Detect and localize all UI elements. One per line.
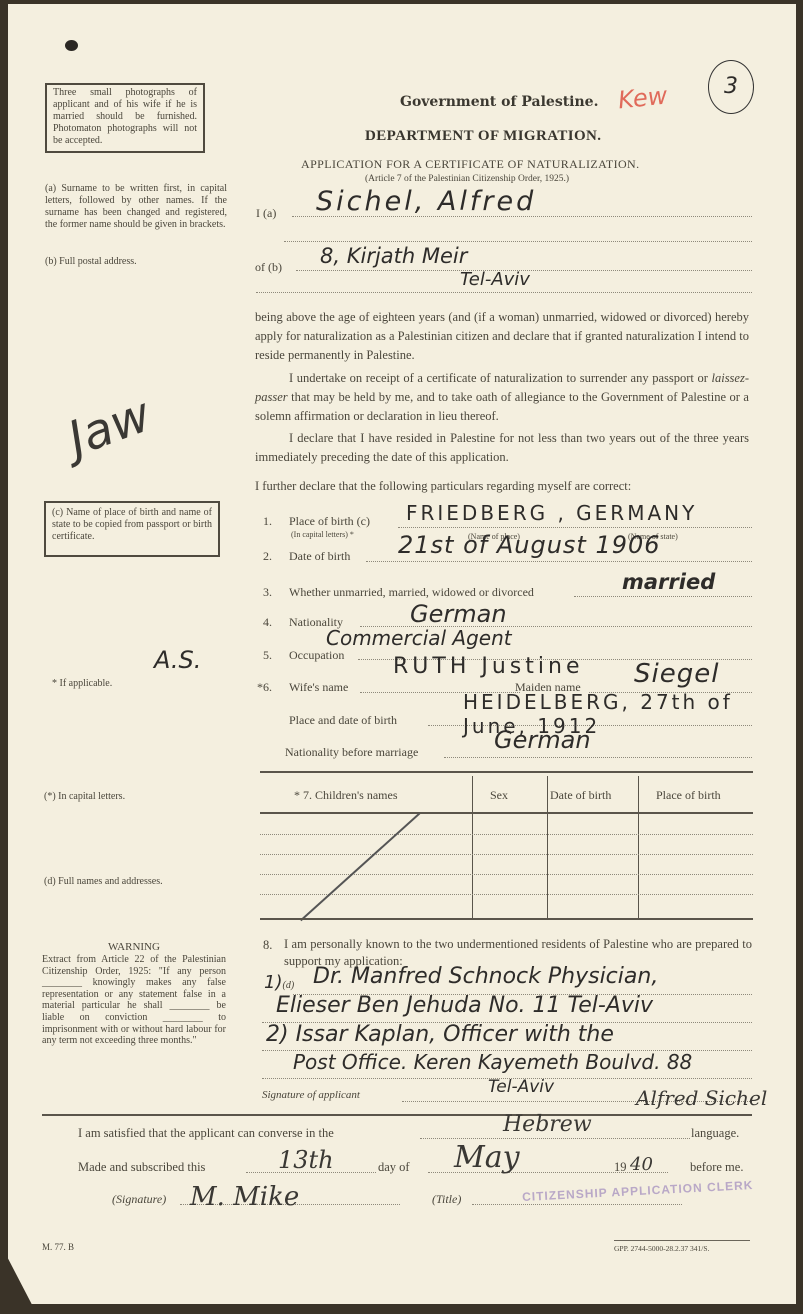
circled-number: 3: [708, 60, 754, 114]
strike-through-line: [300, 813, 420, 921]
declaration-age: being above the age of eighteen years (a…: [255, 308, 749, 365]
nationality-value: German: [410, 600, 507, 628]
birthdate-label: Date of birth: [289, 549, 350, 564]
referee-1-line-1: Dr. Manfred Schnock Physician,: [313, 964, 658, 989]
note-capital-letters: (*) In capital letters.: [44, 791, 125, 803]
children-row: [260, 894, 753, 895]
before-me-label: before me.: [690, 1158, 743, 1177]
maiden-name-value: Siegel: [634, 659, 719, 689]
wife-name-value: RUTH Justine: [393, 654, 583, 679]
title-stamp: CITIZENSHIP APPLICATION CLERK: [522, 1178, 754, 1204]
occupation-label: Occupation: [289, 648, 344, 663]
item-5-number: 5.: [263, 648, 272, 663]
wife-birth-label: Place and date of birth: [289, 713, 397, 728]
month-value: May: [454, 1140, 520, 1175]
birthplace-label: Place of birth (c): [289, 514, 370, 529]
form-number: M. 77. B: [42, 1242, 74, 1252]
birthplace-instruction-box: (c) Name of place of birth and name of s…: [44, 501, 220, 557]
margin-initials: A.S.: [154, 646, 201, 674]
department-title: DEPARTMENT OF MIGRATION.: [365, 128, 601, 145]
declaration-residence: I declare that I have resided in Palesti…: [255, 429, 749, 467]
made-subscribed-label: Made and subscribed this: [78, 1158, 205, 1177]
item-4-number: 4.: [263, 615, 272, 630]
address-label: of (b): [255, 260, 282, 275]
wife-nationality-value: German: [494, 726, 591, 754]
year-prefix: 19: [614, 1158, 627, 1177]
item-1-number: 1.: [263, 514, 272, 529]
children-header-sex: Sex: [490, 788, 508, 803]
official-signature: M. Mike: [190, 1182, 299, 1212]
children-table: * 7. Children's names Sex Date of birth …: [260, 776, 753, 918]
children-row: [260, 854, 753, 855]
printer-code: GPP. 2744-5000-28.2.37 341/S.: [614, 1244, 709, 1253]
birthplace-value: FRIEDBERG , GERMANY: [406, 501, 697, 525]
item-3-number: 3.: [263, 585, 272, 600]
referee-2-line-3: Tel-Aviv: [488, 1077, 554, 1097]
item-6-number: *6.: [257, 680, 272, 695]
form-title: APPLICATION FOR A CERTIFICATE OF NATURAL…: [301, 157, 640, 172]
red-annotation: Kew: [617, 82, 669, 115]
signature-applicant-label: Signature of applicant: [262, 1089, 360, 1101]
day-of-label: day of: [378, 1158, 410, 1177]
referees-number: 8.: [263, 936, 272, 955]
name-label: I (a): [256, 206, 276, 221]
note-postal-address: (b) Full postal address.: [45, 256, 137, 268]
item-2-number: 2.: [263, 549, 272, 564]
title-label: (Title): [432, 1192, 461, 1207]
referee-1-prefix: 1)(d): [264, 972, 294, 993]
official-signature-label: (Signature): [112, 1192, 166, 1207]
particulars-intro: I further declare that the following par…: [255, 477, 631, 496]
document-page: Three small photographs of applicant and…: [8, 4, 796, 1304]
marital-value: married: [622, 570, 715, 594]
referee-2-line-1: 2) Issar Kaplan, Officer with the: [266, 1022, 614, 1047]
warning-text: Extract from Article 22 of the Palestini…: [42, 954, 226, 1047]
children-row: [260, 834, 753, 835]
day-value: 13th: [278, 1146, 334, 1174]
note-if-applicable: * If applicable.: [52, 678, 112, 690]
note-surname: (a) Surname to be written first, in capi…: [45, 183, 227, 231]
children-header-dob: Date of birth: [550, 788, 611, 803]
applicant-name: Sichel, Alfred: [316, 186, 536, 217]
children-header-names: * 7. Children's names: [294, 788, 397, 803]
wife-nationality-label: Nationality before marriage: [285, 745, 418, 760]
language-statement: I am satisfied that the applicant can co…: [78, 1124, 334, 1143]
address-line-1: 8, Kirjath Meir: [320, 244, 467, 268]
birthplace-capital-hint: (In capital letters) *: [291, 530, 354, 539]
language-value: Hebrew: [503, 1112, 592, 1137]
children-header-pob: Place of birth: [656, 788, 721, 803]
form-subtitle: (Article 7 of the Palestinian Citizenshi…: [365, 174, 569, 184]
marital-label: Whether unmarried, married, widowed or d…: [289, 585, 534, 600]
warning-title: WARNING: [108, 941, 160, 953]
note-full-names: (d) Full names and addresses.: [44, 876, 163, 888]
occupation-value: Commercial Agent: [326, 626, 512, 650]
year-value: 40: [630, 1154, 653, 1175]
declaration-passport: I undertake on receipt of a certificate …: [255, 369, 749, 426]
photo-instruction-box: Three small photographs of applicant and…: [45, 83, 205, 153]
wife-name-label: Wife's name: [289, 680, 348, 695]
birthdate-value: 21st of August 1906: [398, 531, 661, 559]
address-line-2: Tel-Aviv: [460, 269, 530, 290]
children-row: [260, 874, 753, 875]
referee-2-line-2: Post Office. Keren Kayemeth Boulvd. 88: [293, 1050, 692, 1074]
government-title: Government of Palestine.: [400, 94, 598, 110]
applicant-signature: Alfred Sichel: [636, 1086, 767, 1110]
margin-scribble: Jaw: [61, 387, 158, 468]
language-suffix: language.: [691, 1124, 739, 1143]
referee-1-line-2: Elieser Ben Jehuda No. 11 Tel-Aviv: [276, 993, 653, 1018]
punch-hole: [65, 40, 78, 51]
